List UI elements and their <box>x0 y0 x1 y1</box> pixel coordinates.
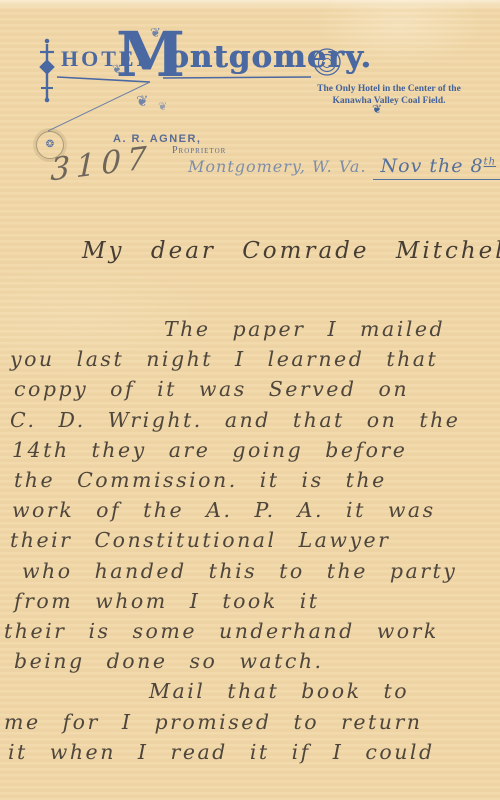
dateline: Montgomery, W. Va.Nov the 8th1902 <box>188 155 500 180</box>
hotel-tagline: The Only Hotel in the Center of the Kana… <box>298 84 480 107</box>
letter-line: coppy of it was Served on <box>4 374 500 404</box>
dateline-place: Montgomery, W. Va. <box>188 157 367 176</box>
tagline-line-1: The Only Hotel in the Center of the <box>298 84 480 96</box>
tagline-ornament-icon: ❦ <box>372 102 382 116</box>
letter-line: Mail that book to <box>4 676 500 706</box>
salutation: My dear Comrade Mitchell <box>4 238 500 264</box>
letter-page: HOTEL M ❦ ❦ ❦ ❦ ontgomery. The Only Hote… <box>0 0 500 800</box>
letter-line: you last night I learned that <box>4 344 500 374</box>
cross-ornament-icon <box>40 39 54 102</box>
dateline-handwritten: Nov the 8th1902 <box>373 155 500 180</box>
letter-line: the Commission. it is the <box>4 465 500 495</box>
letter-line: 14th they are going before <box>4 435 500 465</box>
letter-line: who handed this to the party <box>4 556 500 586</box>
letter-text: The paper I mailed you last night I lear… <box>4 314 500 767</box>
floral-flourish-icon: ❦ <box>112 62 122 76</box>
letter-line: from whom I took it <box>4 586 500 616</box>
hotel-letterhead: HOTEL M ❦ ❦ ❦ ❦ ontgomery. The Only Hote… <box>0 0 500 235</box>
dateline-date: Nov the 8 <box>381 155 484 177</box>
letter-line: their is some underhand work <box>4 616 500 646</box>
floral-flourish-icon: ❦ <box>158 100 167 113</box>
floral-flourish-icon: ❦ <box>150 26 161 41</box>
letterhead-rules <box>0 0 500 235</box>
letter-line: C. D. Wright. and that on the <box>4 405 500 435</box>
letter-line: being done so watch. <box>4 646 500 676</box>
letter-body: My dear Comrade Mitchell The paper I mai… <box>4 238 500 767</box>
letter-line: The paper I mailed <box>4 314 500 344</box>
letter-line: work of the A. P. A. it was <box>4 495 500 525</box>
letter-line: their Constitutional Lawyer <box>4 525 500 555</box>
tagline-line-2: Kanawha Valley Coal Field. <box>298 96 480 108</box>
dateline-ordinal-suffix: th <box>484 157 496 168</box>
letter-line: it when I read it if I could <box>4 737 500 767</box>
letter-line: me for I promised to return <box>4 707 500 737</box>
seal-glyph-icon: ❂ <box>46 140 54 150</box>
hotel-name: ontgomery. <box>168 39 372 75</box>
floral-flourish-icon: ❦ <box>136 92 149 110</box>
